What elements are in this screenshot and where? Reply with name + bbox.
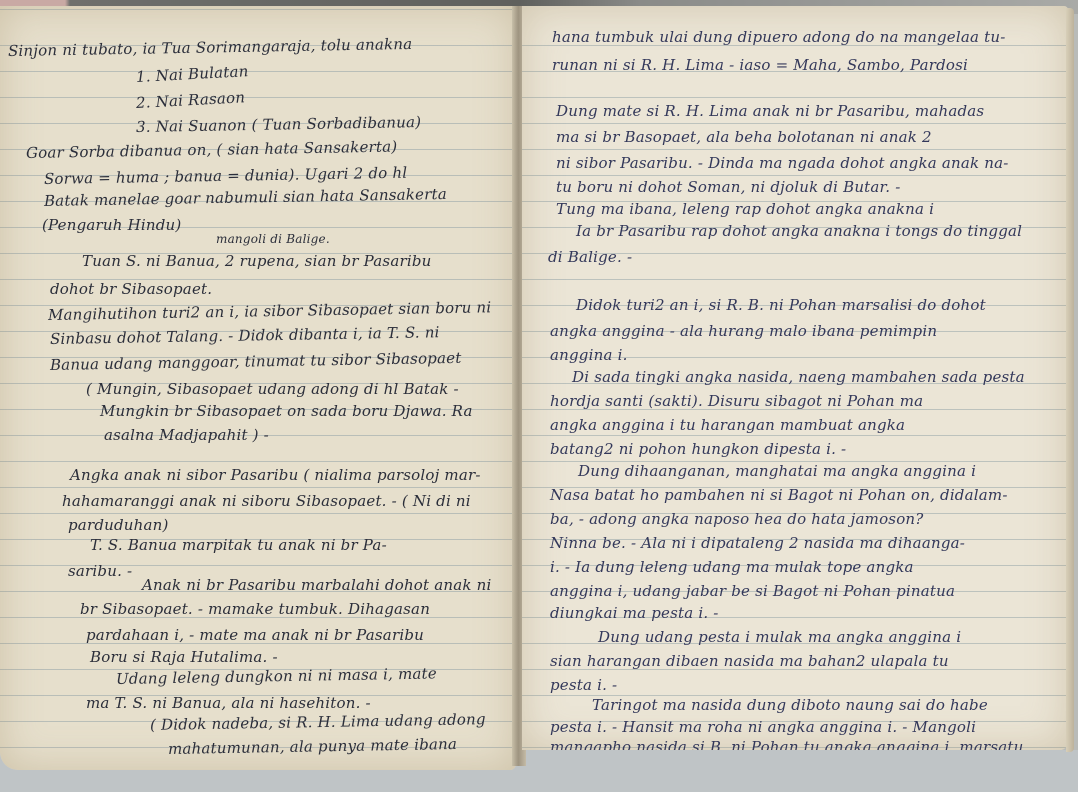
handwritten-line: angka anggina - ala hurang malo ibana pe… xyxy=(550,322,937,340)
handwritten-line: ( Didok nadeba, si R. H. Lima udang adon… xyxy=(150,710,486,734)
handwritten-line: anggina i. xyxy=(550,346,628,364)
handwritten-line: Tuan S. ni Banua, 2 rupena, sian br Pasa… xyxy=(82,252,432,270)
handwritten-line: Taringot ma nasida dung diboto naung sai… xyxy=(592,696,988,714)
handwritten-line: Didok turi2 an i, si R. B. ni Pohan mars… xyxy=(576,296,986,314)
handwritten-line: Mungkin br Sibasopaet on sada boru Djawa… xyxy=(100,402,473,420)
open-notebook: Sinjon ni tubato, ia Tua Sorimangaraja, … xyxy=(0,6,1078,776)
handwritten-line: Angka anak ni sibor Pasaribu ( nialima p… xyxy=(70,466,481,484)
handwritten-line: Sorwa = huma ; banua = dunia). Ugari 2 d… xyxy=(44,164,408,188)
handwritten-line: (Pengaruh Hindu) xyxy=(42,216,181,234)
right-page: hana tumbuk ulai dung dipuero adong do n… xyxy=(522,6,1068,750)
handwritten-line: ba, - adong angka naposo hea do hata jam… xyxy=(550,510,924,528)
handwritten-line: hordja santi (sakti). Disuru sibagot ni … xyxy=(550,392,923,410)
handwritten-line: Dung mate si R. H. Lima anak ni br Pasar… xyxy=(556,102,984,120)
right-page-text: hana tumbuk ulai dung dipuero adong do n… xyxy=(522,6,1068,750)
handwritten-line: Ia br Pasaribu rap dohot angka anakna i … xyxy=(576,222,1022,240)
handwritten-line: hahamaranggi anak ni siboru Sibasopaet. … xyxy=(62,492,471,510)
page-stack-edge xyxy=(1066,8,1074,752)
handwritten-line: pesta i. - xyxy=(550,676,617,694)
handwritten-line: ( Mungin, Sibasopaet udang adong di hl B… xyxy=(86,380,459,398)
handwritten-line: tu boru ni dohot Soman, ni djoluk di But… xyxy=(556,178,900,196)
handwritten-line: runan ni si R. H. Lima - iaso = Maha, Sa… xyxy=(552,56,968,74)
handwritten-line: Mangihutihon turi2 an i, ia sibor Sibaso… xyxy=(48,298,492,324)
handwritten-line: Anak ni br Pasaribu marbalahi dohot anak… xyxy=(142,576,492,594)
handwritten-line: Ninna be. - Ala ni i dipataleng 2 nasida… xyxy=(550,534,965,552)
handwritten-line: ma si br Basopaet, ala beha bolotanan ni… xyxy=(556,128,932,146)
left-page: Sinjon ni tubato, ia Tua Sorimangaraja, … xyxy=(0,6,516,770)
handwritten-line: angka anggina i tu harangan mambuat angk… xyxy=(550,416,905,434)
handwritten-line: diungkai ma pesta i. - xyxy=(550,604,719,622)
handwritten-line: mangapho nasida si B. ni Pohan tu angka … xyxy=(550,738,1023,750)
handwritten-line: Batak manelae goar nabumuli sian hata Sa… xyxy=(44,185,447,210)
handwritten-line: 1. Nai Bulatan xyxy=(136,62,249,86)
handwritten-line: di Balige. - xyxy=(548,248,632,266)
handwritten-line: Udang leleng dungkon ni ni masa i, mate xyxy=(116,664,437,688)
handwritten-line: pardahaan i, - mate ma anak ni br Pasari… xyxy=(86,626,424,644)
handwritten-line: parduduhan) xyxy=(68,516,169,534)
handwritten-line: Boru si Raja Hutalima. - xyxy=(90,648,278,666)
handwritten-line: batang2 ni pohon hungkon dipesta i. - xyxy=(550,440,846,458)
handwritten-line: hana tumbuk ulai dung dipuero adong do n… xyxy=(552,28,1005,46)
handwritten-line: Dung dihaanganan, manghatai ma angka ang… xyxy=(578,462,976,480)
handwritten-line: Goar Sorba dibanua on, ( sian hata Sansa… xyxy=(26,138,398,162)
handwritten-line: Banua udang manggoar, tinumat tu sibor S… xyxy=(50,349,462,374)
handwritten-line: saribu. - xyxy=(68,562,132,580)
handwritten-line: T. S. Banua marpitak tu anak ni br Pa- xyxy=(90,536,387,554)
handwritten-insertion: mangoli di Balige. xyxy=(216,232,330,246)
handwritten-line: i. - Ia dung leleng udang ma mulak tope … xyxy=(550,558,914,576)
handwritten-line: Sinjon ni tubato, ia Tua Sorimangaraja, … xyxy=(8,35,413,60)
handwritten-line: Nasa batat ho pambahen ni si Bagot ni Po… xyxy=(550,486,1008,504)
handwritten-line: sian harangan dibaen nasida ma bahan2 ul… xyxy=(550,652,949,670)
left-page-text: Sinjon ni tubato, ia Tua Sorimangaraja, … xyxy=(0,6,516,770)
handwritten-line: 2. Nai Rasaon xyxy=(136,88,246,112)
handwritten-line: mahatumunan, ala punya mate ibana xyxy=(168,735,457,758)
handwritten-line: ma T. S. ni Banua, ala ni hasehiton. - xyxy=(86,694,371,712)
handwritten-line: 3. Nai Suanon ( Tuan Sorbadibanua) xyxy=(136,113,422,136)
handwritten-line: Sinbasu dohot Talang. - Didok dibanta i,… xyxy=(50,323,440,348)
handwritten-line: br Sibasopaet. - mamake tumbuk. Dihagasa… xyxy=(80,600,430,618)
handwritten-line: ni sibor Pasaribu. - Dinda ma ngada doho… xyxy=(556,154,1009,172)
handwritten-line: pesta i. - Hansit ma roha ni angka anggi… xyxy=(550,718,976,736)
handwritten-line: anggina i, udang jabar be si Bagot ni Po… xyxy=(550,582,955,600)
handwritten-line: Dung udang pesta i mulak ma angka anggin… xyxy=(598,628,961,646)
handwritten-line: asalna Madjapahit ) - xyxy=(104,426,269,444)
handwritten-line: Di sada tingki angka nasida, naeng mamba… xyxy=(572,368,1025,386)
handwritten-line: dohot br Sibasopaet. xyxy=(50,280,212,298)
handwritten-line: Tung ma ibana, leleng rap dohot angka an… xyxy=(556,200,934,218)
